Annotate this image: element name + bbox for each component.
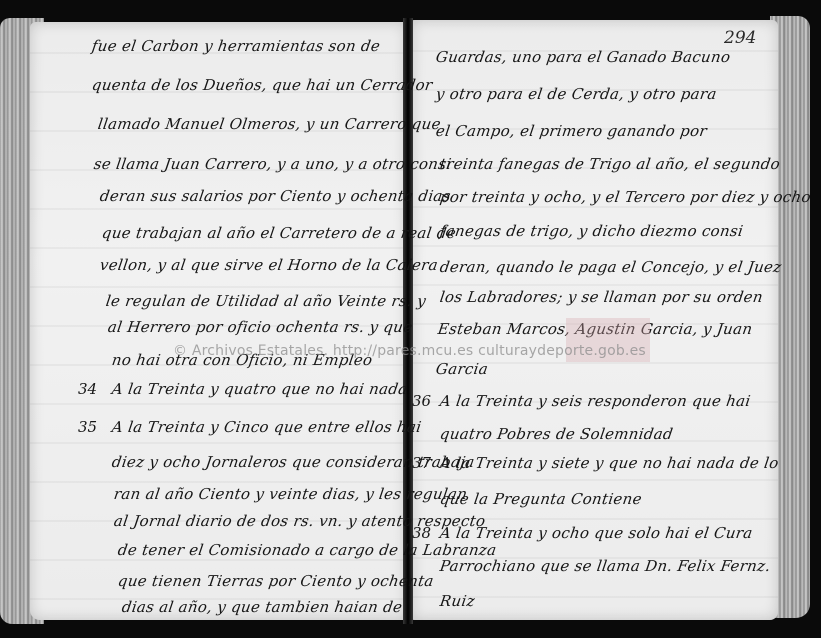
manuscript-line: llamado Manuel Olmeros, y un Carrero que bbox=[97, 115, 442, 133]
manuscript-line: le regulan de Utilidad al año Veinte rs.… bbox=[105, 292, 428, 310]
manuscript-line: dias al año, y que tambien haian de bbox=[121, 598, 404, 616]
manuscript-line: A la Treinta y seis responderon que hai bbox=[439, 392, 752, 410]
document-viewer: fue el Carbon y herramientas son de quen… bbox=[0, 0, 821, 638]
manuscript-line: y otro para el de Cerda, y otro para bbox=[435, 85, 718, 103]
manuscript-line: A la Treinta y siete y que no hai nada d… bbox=[439, 454, 780, 472]
manuscript-line: fanegas de trigo, y dicho diezmo consi bbox=[439, 222, 745, 240]
manuscript-line: A la Treinta y Cinco que entre ellos hai bbox=[111, 418, 423, 436]
manuscript-line: deran sus salarios por Ciento y ochenta … bbox=[99, 187, 452, 205]
manuscript-line: al Herrero por oficio ochenta rs. y que bbox=[107, 318, 414, 336]
manuscript-line: los Labradores; y se llaman por su orden bbox=[439, 288, 764, 306]
entry-number: 34 bbox=[78, 380, 97, 398]
entry-number: 37 bbox=[412, 454, 431, 472]
manuscript-line: treinta fanegas de Trigo al año, el segu… bbox=[439, 155, 782, 173]
manuscript-line: fue el Carbon y herramientas son de bbox=[91, 37, 382, 55]
folio-number: 294 bbox=[724, 28, 756, 48]
manuscript-line: deran, quando le paga el Concejo, y el J… bbox=[439, 258, 783, 276]
manuscript-line: Ruiz bbox=[439, 592, 476, 610]
manuscript-line: quatro Pobres de Solemnidad bbox=[439, 425, 675, 443]
entry-number: 36 bbox=[412, 392, 431, 410]
copyright-watermark: © Archivos Estatales. http://pares.mcu.e… bbox=[173, 343, 646, 359]
entry-number: 35 bbox=[78, 418, 97, 436]
manuscript-line: vellon, y al que sirve el Horno de la Ca… bbox=[99, 256, 439, 274]
manuscript-line: Garcia bbox=[435, 360, 490, 378]
entry-number: 38 bbox=[412, 524, 431, 542]
manuscript-line: Guardas, uno para el Ganado Bacuno bbox=[435, 48, 732, 66]
manuscript-line: que tienen Tierras por Ciento y ochenta bbox=[117, 572, 435, 590]
manuscript-line: por treinta y ocho, y el Tercero por die… bbox=[439, 188, 812, 206]
manuscript-line: que la Pregunta Contiene bbox=[439, 490, 643, 508]
manuscript-line: A la Treinta y quatro que no hai nada bbox=[111, 380, 409, 398]
manuscript-line: el Campo, el primero ganando por bbox=[435, 122, 708, 140]
manuscript-line: A la Treinta y ocho que solo hai el Cura bbox=[439, 524, 754, 542]
manuscript-line: Parrochiano que se llama Dn. Felix Fernz… bbox=[439, 557, 772, 575]
manuscript-line: quenta de los Dueños, que hai un Cerrado… bbox=[91, 76, 434, 94]
manuscript-line: ran al año Ciento y veinte dias, y les r… bbox=[113, 485, 469, 503]
manuscript-line: que trabajan al año el Carretero de a re… bbox=[101, 224, 458, 242]
manuscript-line: se llama Juan Carrero, y a uno, y a otro… bbox=[93, 155, 453, 173]
